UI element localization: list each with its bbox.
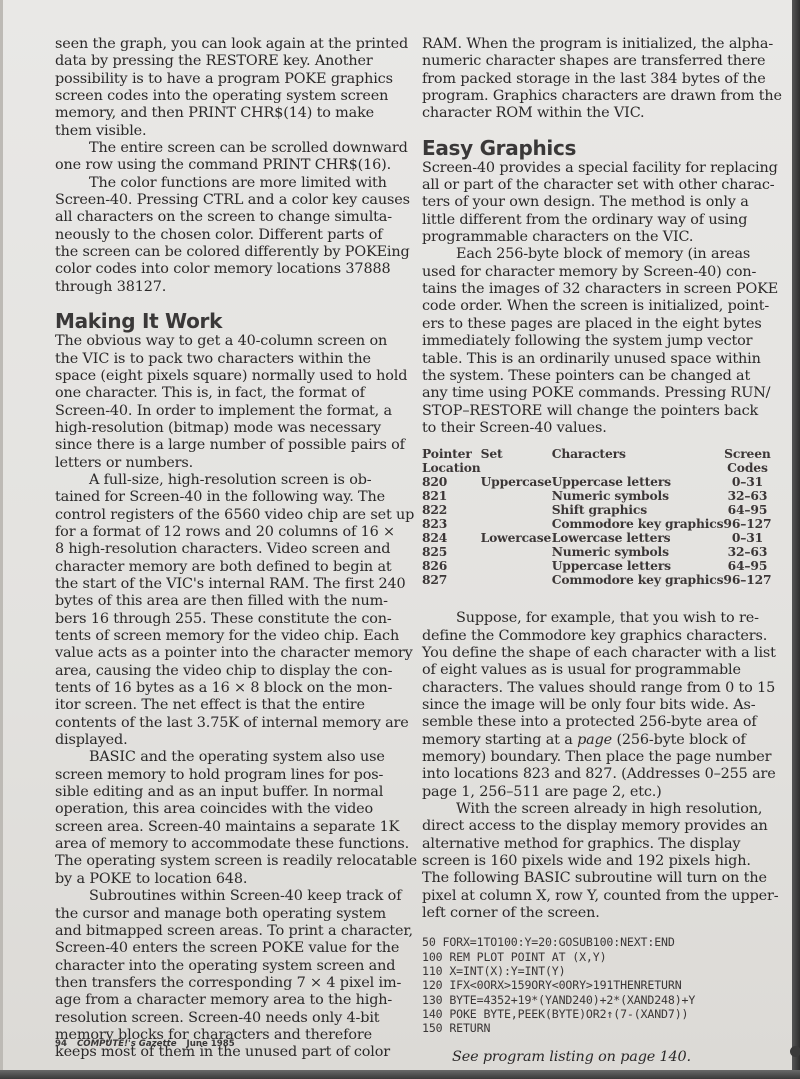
text-line: The following BASIC subroutine will turn… — [422, 870, 772, 887]
text-line: code order. When the screen is initializ… — [422, 298, 772, 315]
table-row: 827Commodore key graphics96–127 — [422, 573, 771, 587]
paragraph-continued: seen the graph, you can look again at th… — [55, 36, 407, 140]
paragraph-subroutines: Subroutines within Screen-40 keep track … — [55, 888, 407, 1061]
page-right-edge-shadow — [792, 0, 800, 1079]
text-line: tents of screen memory for the video chi… — [55, 628, 407, 645]
table-row: 821Numeric symbols32–63 — [422, 489, 771, 503]
text-line: them visible. — [55, 123, 407, 140]
paragraph-facility: Screen-40 provides a special facility fo… — [422, 160, 772, 247]
code-line: 120 IFX<0ORX>159ORY<0ORY>191THENRETURN — [422, 978, 772, 992]
text-line: one row using the command PRINT CHR$(16)… — [55, 157, 407, 174]
text-line: Suppose, for example, that you wish to r… — [422, 610, 772, 627]
end-of-article-bullet-icon — [790, 1046, 800, 1057]
text-line: to their Screen-40 values. — [422, 420, 772, 437]
text-line: alternative method for graphics. The dis… — [422, 836, 772, 853]
text-line: BASIC and the operating system also use — [55, 749, 407, 766]
text-line: age from a character memory area to the … — [55, 992, 407, 1009]
text-line: Subroutines within Screen-40 keep track … — [55, 888, 407, 905]
text-line: screen memory to hold program lines for … — [55, 767, 407, 784]
code-line: 130 BYTE=4352+19*(YAND240)+2*(XAND248)+Y — [422, 993, 772, 1007]
paragraph-basic: BASIC and the operating system also use … — [55, 749, 407, 888]
text-line: screen codes into the operating system s… — [55, 88, 407, 105]
text-line: table. This is an ordinarily unused spac… — [422, 351, 772, 368]
text-line: the screen can be colored differently by… — [55, 244, 407, 261]
table-row: 820UppercaseUppercase letters0–31 — [422, 475, 771, 489]
text-line: memory, and then PRINT CHR$(14) to make — [55, 105, 407, 122]
text-line: bytes of this area are then filled with … — [55, 593, 407, 610]
text-line: resolution screen. Screen-40 needs only … — [55, 1010, 407, 1027]
text-line: The color functions are more limited wit… — [55, 175, 407, 192]
paragraph-obvious: The obvious way to get a 40-column scree… — [55, 333, 407, 472]
text-line: of eight values as is usual for programm… — [422, 662, 772, 679]
text-line: left corner of the screen. — [422, 905, 772, 922]
header-pointer-location: PointerLocation — [422, 447, 481, 475]
text-line: ters of your own design. The method is o… — [422, 194, 772, 211]
text-line: immediately following the system jump ve… — [422, 333, 772, 350]
text-line: screen is 160 pixels wide and 192 pixels… — [422, 853, 772, 870]
paragraph-suppose: Suppose, for example, that you wish to r… — [422, 610, 772, 801]
table-row: 824LowercaseLowercase letters0–31 — [422, 531, 771, 545]
text-line: semble these into a protected 256-byte a… — [422, 714, 772, 731]
table-row: 822Shift graphics64–95 — [422, 503, 771, 517]
page-left-edge — [0, 0, 3, 1079]
text-line: the system. These pointers can be change… — [422, 368, 772, 385]
text-line: used for character memory by Screen-40) … — [422, 264, 772, 281]
page-footer: 94COMPUTE!'s GazetteJune 1985 — [55, 1039, 235, 1049]
text-line: sible editing and as an input buffer. In… — [55, 784, 407, 801]
page-number: 94 — [55, 1039, 67, 1049]
text-line: direct access to the display memory prov… — [422, 818, 772, 835]
program-listing-note: See program listing on page 140. — [422, 1049, 772, 1066]
text-line: screen area. Screen-40 maintains a separ… — [55, 819, 407, 836]
paragraph-scroll: The entire screen can be scrolled downwa… — [55, 140, 407, 175]
code-line: 50 FORX=1TO100:Y=20:GOSUB100:NEXT:END — [422, 935, 772, 949]
text-line: all or part of the character set with ot… — [422, 177, 772, 194]
text-line: space (eight pixels square) normally use… — [55, 368, 407, 385]
text-line: itor screen. The net effect is that the … — [55, 697, 407, 714]
text-line: area of memory to accommodate these func… — [55, 836, 407, 853]
text-line: letters or numbers. — [55, 455, 407, 472]
publication-name: COMPUTE!'s Gazette — [77, 1039, 177, 1049]
text-line: The entire screen can be scrolled downwa… — [55, 140, 407, 157]
paragraph-full-size: A full-size, high-resolution screen is o… — [55, 472, 407, 750]
text-line: contents of the last 3.75K of internal m… — [55, 715, 407, 732]
text-line: through 38127. — [55, 279, 407, 296]
text-line: RAM. When the program is initialized, th… — [422, 36, 772, 53]
text-line: memory starting at a page (256-byte bloc… — [422, 732, 772, 749]
text-line: Each 256-byte block of memory (in areas — [422, 246, 772, 263]
text-line: tained for Screen-40 in the following wa… — [55, 489, 407, 506]
text-line: high-resolution (bitmap) mode was necess… — [55, 420, 407, 437]
text-line: define the Commodore key graphics charac… — [422, 628, 772, 645]
text-line: all characters on the screen to change s… — [55, 209, 407, 226]
text-line: one character. This is, in fact, the for… — [55, 385, 407, 402]
section-heading-easy-graphics: Easy Graphics — [422, 136, 772, 160]
header-characters: Characters — [552, 447, 724, 475]
table-row: 825Numeric symbols32–63 — [422, 545, 771, 559]
section-heading-making-it-work: Making It Work — [55, 309, 407, 333]
text-line: tents of 16 bytes as a 16 × 8 block on t… — [55, 680, 407, 697]
text-line: character ROM within the VIC. — [422, 105, 772, 122]
text-line: Screen-40. Pressing CTRL and a color key… — [55, 192, 407, 209]
table-row: 823Commodore key graphics96–127 — [422, 517, 771, 531]
text-line: the VIC is to pack two characters within… — [55, 351, 407, 368]
text-line: Screen-40 provides a special facility fo… — [422, 160, 772, 177]
text-line: for a format of 12 rows and 20 columns o… — [55, 524, 407, 541]
text-line: Screen-40 enters the screen POKE value f… — [55, 940, 407, 957]
text-line: then transfers the corresponding 7 × 4 p… — [55, 975, 407, 992]
pointer-table: PointerLocation Set Characters ScreenCod… — [422, 447, 771, 587]
text-line: since there is a large number of possibl… — [55, 437, 407, 454]
text-line: possibility is to have a program POKE gr… — [55, 71, 407, 88]
paragraph-screen: With the screen already in high resoluti… — [422, 801, 772, 922]
basic-code-listing: 50 FORX=1TO100:Y=20:GOSUB100:NEXT:END100… — [422, 935, 772, 1035]
text-line: numeric character shapes are transferred… — [422, 53, 772, 70]
text-line: pixel at column X, row Y, counted from t… — [422, 888, 772, 905]
table-header-row: PointerLocation Set Characters ScreenCod… — [422, 447, 771, 475]
text-line: displayed. — [55, 732, 407, 749]
text-line: into locations 823 and 827. (Addresses 0… — [422, 766, 772, 783]
text-line: ers to these pages are placed in the eig… — [422, 316, 772, 333]
text-line: since the image will be only four bits w… — [422, 697, 772, 714]
code-line: 100 REM PLOT POINT AT (X,Y) — [422, 950, 772, 964]
text-line: by a POKE to location 648. — [55, 871, 407, 888]
text-line: STOP–RESTORE will change the pointers ba… — [422, 403, 772, 420]
text-line: character into the operating system scre… — [55, 958, 407, 975]
text-line: bers 16 through 255. These constitute th… — [55, 611, 407, 628]
text-line: tains the images of 32 characters in scr… — [422, 281, 772, 298]
text-line: area, causing the video chip to display … — [55, 663, 407, 680]
text-line: 8 high-resolution characters. Video scre… — [55, 541, 407, 558]
italic-term-page: page — [577, 732, 612, 748]
header-screen-codes: ScreenCodes — [723, 447, 771, 475]
text-line: You define the shape of each character w… — [422, 645, 772, 662]
text-line: character memory are both defined to beg… — [55, 559, 407, 576]
text-line: memory) boundary. Then place the page nu… — [422, 749, 772, 766]
text-line: value acts as a pointer into the charact… — [55, 645, 407, 662]
paragraph-color: The color functions are more limited wit… — [55, 175, 407, 296]
text-line: page 1, 256–511 are page 2, etc.) — [422, 784, 772, 801]
text-line: operation, this area coincides with the … — [55, 801, 407, 818]
text-line: little different from the ordinary way o… — [422, 212, 772, 229]
text-line: control registers of the 6560 video chip… — [55, 507, 407, 524]
text-line: programmable characters on the VIC. — [422, 229, 772, 246]
text-line: neously to the chosen color. Different p… — [55, 227, 407, 244]
left-column: seen the graph, you can look again at th… — [55, 36, 407, 1062]
code-line: 140 POKE BYTE,PEEK(BYTE)OR2↑(7-(XAND7)) — [422, 1007, 772, 1021]
text-line: and bitmapped screen areas. To print a c… — [55, 923, 407, 940]
text-line: program. Graphics characters are drawn f… — [422, 88, 772, 105]
text-line: color codes into color memory locations … — [55, 261, 407, 278]
text-line: A full-size, high-resolution screen is o… — [55, 472, 407, 489]
text-line: With the screen already in high resoluti… — [422, 801, 772, 818]
text-line: Screen-40. In order to implement the for… — [55, 403, 407, 420]
text-line: the cursor and manage both operating sys… — [55, 906, 407, 923]
text-line: characters. The values should range from… — [422, 680, 772, 697]
paragraph-block: Each 256-byte block of memory (in areas … — [422, 246, 772, 437]
text-line: from packed storage in the last 384 byte… — [422, 71, 772, 88]
table-row: 826Uppercase letters64–95 — [422, 559, 771, 573]
page-bottom-edge-shadow — [0, 1070, 800, 1079]
paragraph-continued-ram: RAM. When the program is initialized, th… — [422, 36, 772, 123]
text-line: the start of the VIC's internal RAM. The… — [55, 576, 407, 593]
text-line: data by pressing the RESTORE key. Anothe… — [55, 53, 407, 70]
right-column: RAM. When the program is initialized, th… — [422, 36, 772, 1067]
text-line: seen the graph, you can look again at th… — [55, 36, 407, 53]
text-line: The operating system screen is readily r… — [55, 853, 407, 870]
header-set: Set — [481, 447, 552, 475]
issue-date: June 1985 — [187, 1039, 235, 1049]
code-line: 110 X=INT(X):Y=INT(Y) — [422, 964, 772, 978]
text-line: any time using POKE commands. Pressing R… — [422, 385, 772, 402]
text-line: The obvious way to get a 40-column scree… — [55, 333, 407, 350]
code-line: 150 RETURN — [422, 1021, 772, 1035]
